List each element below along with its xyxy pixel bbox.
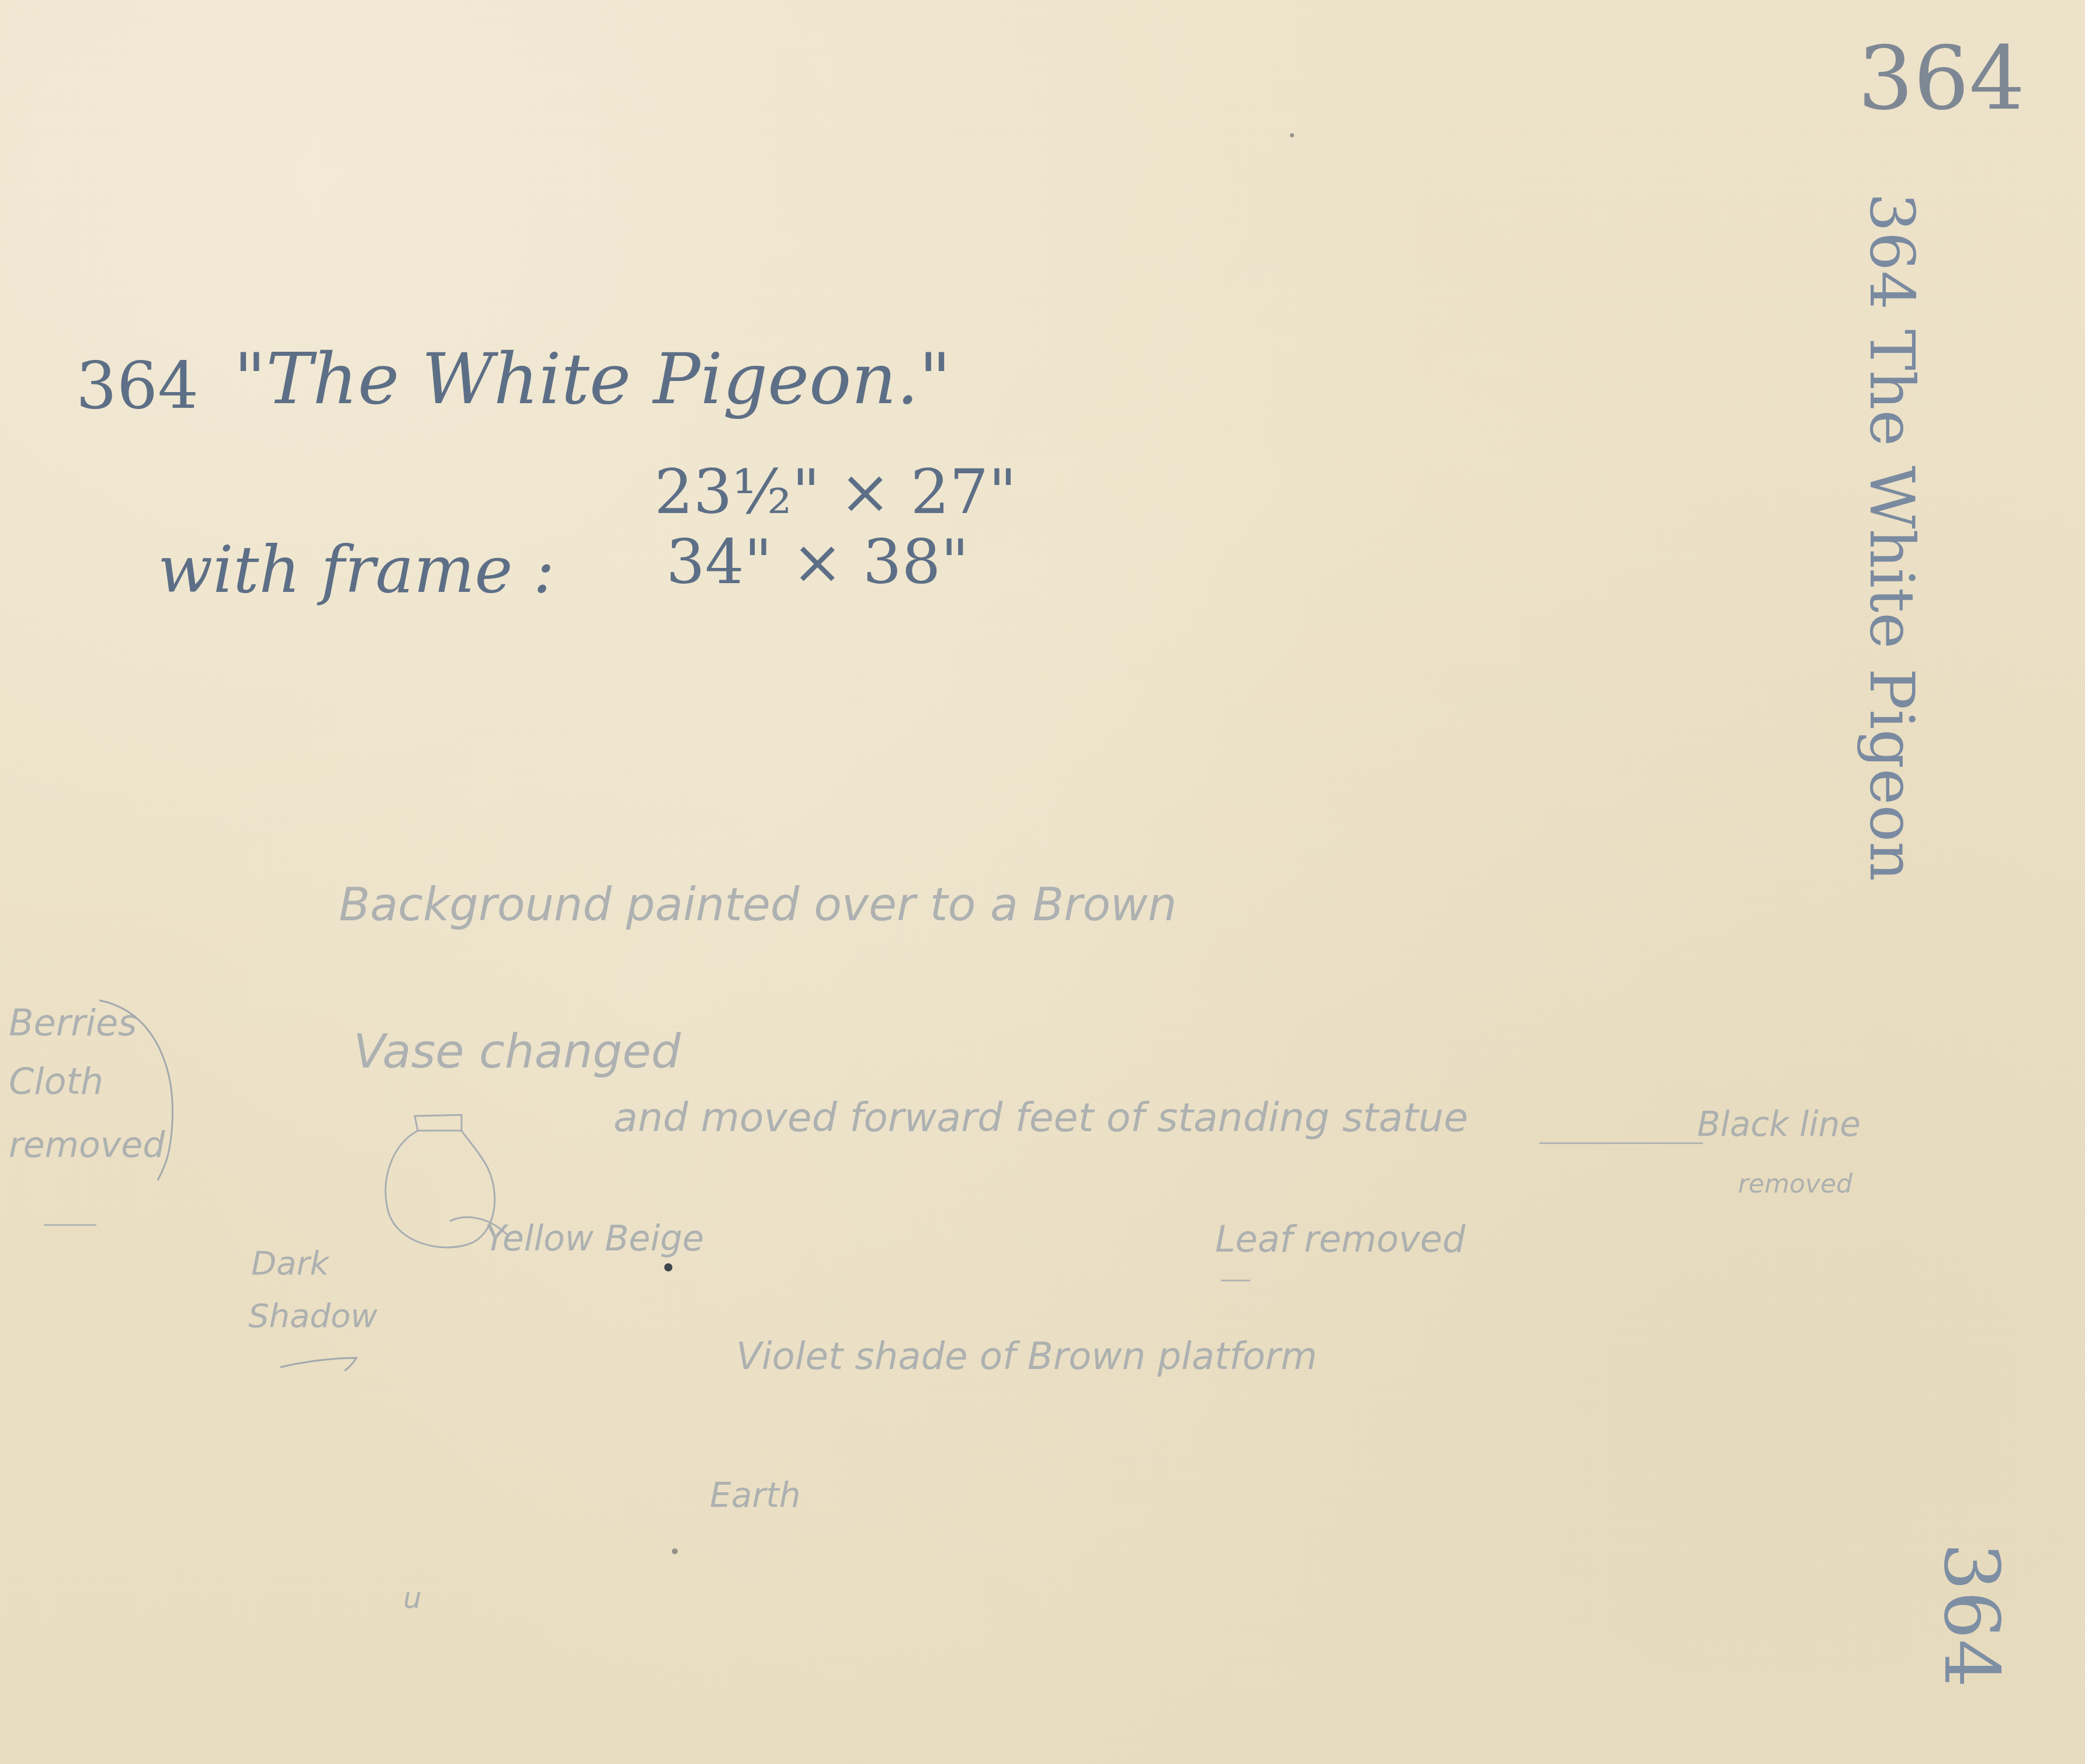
note-shadow: Shadow bbox=[248, 1300, 377, 1333]
ink-speck bbox=[664, 1263, 672, 1271]
ink-speck bbox=[1290, 133, 1294, 137]
note-black-line-removed: removed bbox=[1738, 1172, 1852, 1197]
frame-label: with frame : bbox=[158, 538, 555, 602]
note-dark: Dark bbox=[251, 1247, 329, 1280]
painting-size: 23½" × 27" bbox=[654, 462, 1017, 523]
note-black-line: Black line bbox=[1697, 1107, 1861, 1141]
note-violet-shade: Violet shade of Brown platform bbox=[736, 1338, 1317, 1375]
heading-number: 364 bbox=[76, 354, 199, 418]
stray-mark: u bbox=[403, 1583, 422, 1613]
shadow-underline bbox=[280, 1350, 362, 1373]
black-line-stroke bbox=[1539, 1142, 1703, 1144]
leaf-underline bbox=[1221, 1280, 1250, 1281]
note-leaf-removed: Leaf removed bbox=[1215, 1221, 1465, 1257]
frame-size: 34" × 38" bbox=[666, 532, 969, 593]
note-cloth: Cloth bbox=[9, 1063, 103, 1100]
document-page: 364 364 "The White Pigeon." 23½" × 27" w… bbox=[0, 0, 2085, 1764]
berries-underline bbox=[44, 1224, 96, 1226]
note-vase-changed: Vase changed bbox=[353, 1028, 681, 1075]
catalog-number-bottom: 364 bbox=[1934, 1543, 2010, 1687]
berries-arc bbox=[99, 993, 187, 1192]
note-background: Background painted over to a Brown bbox=[339, 882, 1177, 928]
side-title-vertical: 364 The White Pigeon bbox=[1861, 193, 1922, 881]
note-moved-forward: and moved forward feet of standing statu… bbox=[613, 1098, 1468, 1138]
painting-title: "The White Pigeon." bbox=[234, 345, 951, 415]
ink-speck bbox=[672, 1548, 678, 1554]
catalog-number-top: 364 bbox=[1858, 35, 2025, 123]
note-earth: Earth bbox=[710, 1478, 801, 1512]
vase-sketch bbox=[374, 1104, 561, 1262]
